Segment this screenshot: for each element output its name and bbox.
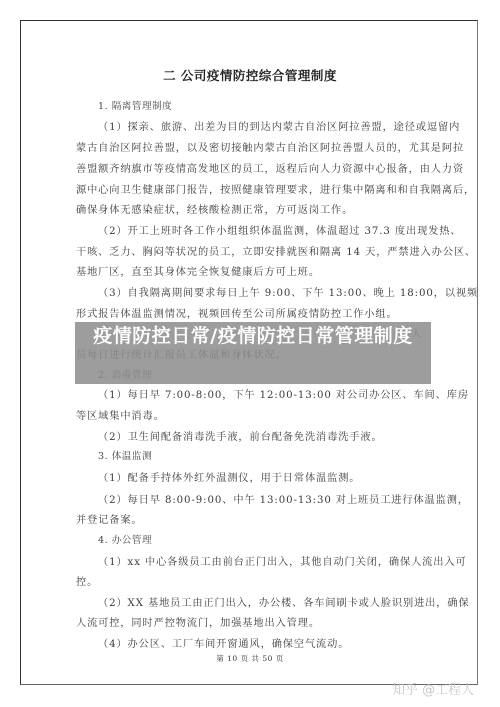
- body-text-line: 确保身体无感染症状，经核酸检测正常，方可返岗工作。: [76, 201, 353, 216]
- body-text-line: 并登记备案。: [76, 511, 143, 526]
- section-heading: 4. 办公管理: [98, 532, 152, 546]
- body-text-line: 等区域集中消毒。: [76, 407, 165, 422]
- section-heading: 1. 隔离管理制度: [98, 98, 172, 112]
- body-text-line: （1）配备手持体外红外温测仪，用于日常体温监测。: [98, 469, 360, 484]
- source-watermark: 知乎 @工程人: [392, 679, 474, 698]
- body-text-line: 善盟额齐纳旗市等疫情高发地区的员工，返程后向人力资源中心报备，由人力资: [76, 160, 464, 175]
- body-text-line: （2）每日早 8:00-9:00、中午 13:00-13:30 对上班员工进行体…: [98, 491, 469, 506]
- body-text-line: 干咳、乏力、胸闷等状况的员工，立即安排就医和隔离 14 天，严禁进入办公区、: [76, 243, 476, 258]
- body-text-line: 人流可控，同时严控物流门，加强基地出入管理。: [76, 614, 320, 629]
- body-text-line: （3）自我隔离期间要求每日上午 9:00、下午 13:00、晚上 18:00，以…: [98, 284, 478, 299]
- body-text-line: （1）xx 中心各级员工由前台正门出入，其他自动门关闭，确保人流出入可: [98, 553, 467, 568]
- body-text-line: （2）XX 基地员工由正门出入，办公楼、各车间刷卡或人脸识别进出，确保: [98, 594, 470, 609]
- body-text-line: 形式报告体温监测情况，视频回传至公司所属疫情防控工作小组。: [76, 305, 398, 320]
- body-text-line: （4）办公区、工厂车间开窗通风，确保空气流动。: [98, 635, 349, 650]
- section-heading: 3. 体温监测: [98, 448, 152, 462]
- body-text-line: 控。: [76, 573, 98, 588]
- overlay-title: 疫情防控日常/疫情防控日常管理制度: [75, 324, 431, 349]
- body-text-line: （2）卫生间配备消毒洗手液，前台配备免洗消毒洗手液。: [98, 428, 383, 443]
- body-text-line: （1）探亲、旅游、出差为目的到达内蒙古自治区阿拉善盟，途径或逗留内: [98, 118, 460, 133]
- body-text-line: 源中心向卫生健康部门报告，按照健康管理要求，进行集中隔离和和自我隔离后，: [76, 181, 475, 196]
- body-text-line: （2）开工上班时各工作小组组织体温监测，体温超过 37.3 度出现发热、: [98, 222, 461, 237]
- body-text-line: （1）每日早 7:00-8:00，下午 12:00-13:00 对公司办公区、车…: [98, 386, 469, 401]
- document-title: 二 公司疫情防控综合管理制度: [0, 66, 500, 84]
- page-number-footer: 第 10 页 共 50 页: [0, 653, 500, 664]
- body-text-line: 基地厂区，直至其身体完全恢复健康后方可上班。: [76, 263, 320, 278]
- body-text-line: 蒙古自治区阿拉善盟，以及密切接触内蒙古自治区阿拉善盟人员的，尤其是阿拉: [76, 139, 464, 154]
